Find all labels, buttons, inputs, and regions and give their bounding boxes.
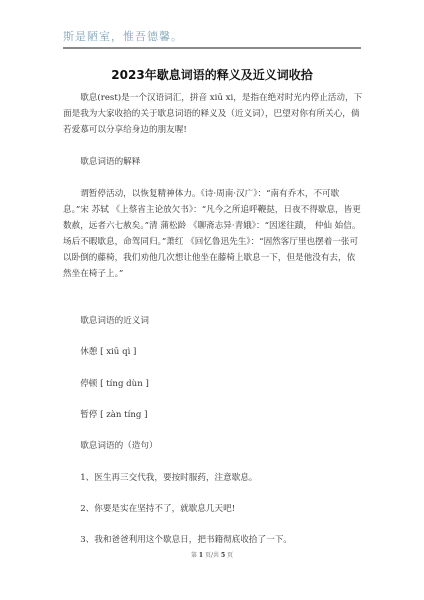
definition-body: 谓暂停活动，以恢复精神体力。《诗·周南·汉广》：“南有乔木，不可歇息。”宋 苏轼… [63,186,363,282]
sentence-item: 3、我和爸爸利用这个歇息日，把书籍彻底收拾了一下。 [63,532,363,548]
synonym-word: 休憩 [80,347,97,357]
header-divider [63,47,361,49]
synonym-item: 暂停 [ zàn tíng ] [63,407,363,423]
synonym-item: 休憩 [ xiū qì ] [63,344,363,360]
total-pages-number: 5 [221,552,225,559]
synonym-word: 停顿 [80,379,97,389]
definition-heading: 歇息词语的解释 [63,154,363,170]
synonym-item: 停顿 [ tíng dùn ] [63,376,363,392]
sentences-heading: 歇息词语的（造句） [63,438,363,454]
page-header: 斯是陋室，惟吾德馨。 [63,30,361,49]
synonym-word: 暂停 [80,410,97,420]
footer-prefix: 第 [191,552,197,559]
page-footer: 第 1 页/共 5 页 [0,550,424,559]
intro-paragraph: 歇息(rest)是一个汉语词汇，拼音 xiū xi，是指在绝对时光内停止活动，下… [63,90,363,138]
document-title: 2023年歇息词语的释义及近义词收拾 [0,66,424,83]
synonyms-heading: 歇息词语的近义词 [63,313,363,329]
footer-middle: 页/共 [205,552,219,559]
footer-suffix: 页 [227,552,233,559]
synonym-pinyin: [ xiū qì ] [100,347,136,357]
current-page-number: 1 [199,552,203,559]
sentence-item: 2、你要是实在坚持不了，就歇息几天吧! [63,501,363,517]
synonym-pinyin: [ zàn tíng ] [100,410,147,420]
synonym-pinyin: [ tíng dùn ] [100,379,149,389]
header-motto: 斯是陋室，惟吾德馨。 [63,30,361,44]
sentence-item: 1、医生再三交代我，要按时服药，注意歇息。 [63,470,363,486]
